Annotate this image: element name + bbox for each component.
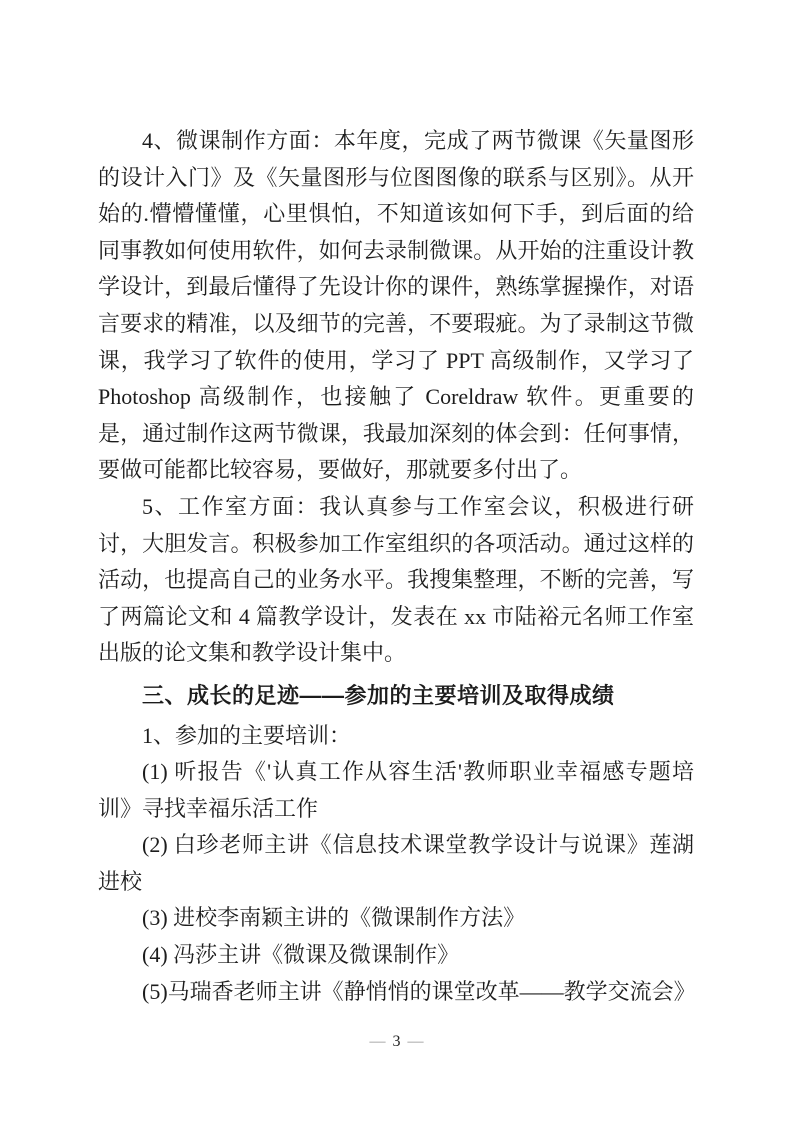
page-footer: —3— [0, 1031, 793, 1053]
document-page: 4、微课制作方面：本年度，完成了两节微课《矢量图形的设计入门》及《矢量图形与位图… [0, 0, 793, 1122]
paragraph: 4、微课制作方面：本年度，完成了两节微课《矢量图形的设计入门》及《矢量图形与位图… [98, 123, 694, 489]
paragraph: (4) 冯莎主讲《微课及微课制作》 [98, 937, 694, 974]
footer-right-dash: — [401, 1033, 431, 1050]
paragraph: 1、参加的主要培训： [98, 718, 694, 755]
paragraph: 5、工作室方面：我认真参与工作室会议，积极进行研讨，大胆发言。积极参加工作室组织… [98, 489, 694, 672]
footer-left-dash: — [363, 1033, 393, 1050]
section-heading: 三、成长的足迹——参加的主要培训及取得成绩 [98, 678, 694, 715]
paragraph: (2) 白珍老师主讲《信息技术课堂教学设计与说课》莲湖进校 [98, 827, 694, 900]
paragraph: (3) 进校李南颖主讲的《微课制作方法》 [98, 900, 694, 937]
document-body: 4、微课制作方面：本年度，完成了两节微课《矢量图形的设计入门》及《矢量图形与位图… [98, 123, 694, 1010]
paragraph: (5)马瑞香老师主讲《静悄悄的课堂改革——教学交流会》 [98, 974, 694, 1011]
page-number: 3 [393, 1033, 401, 1050]
paragraph: (1) 听报告《'认真工作从容生活'教师职业幸福感专题培训》寻找幸福乐活工作 [98, 754, 694, 827]
